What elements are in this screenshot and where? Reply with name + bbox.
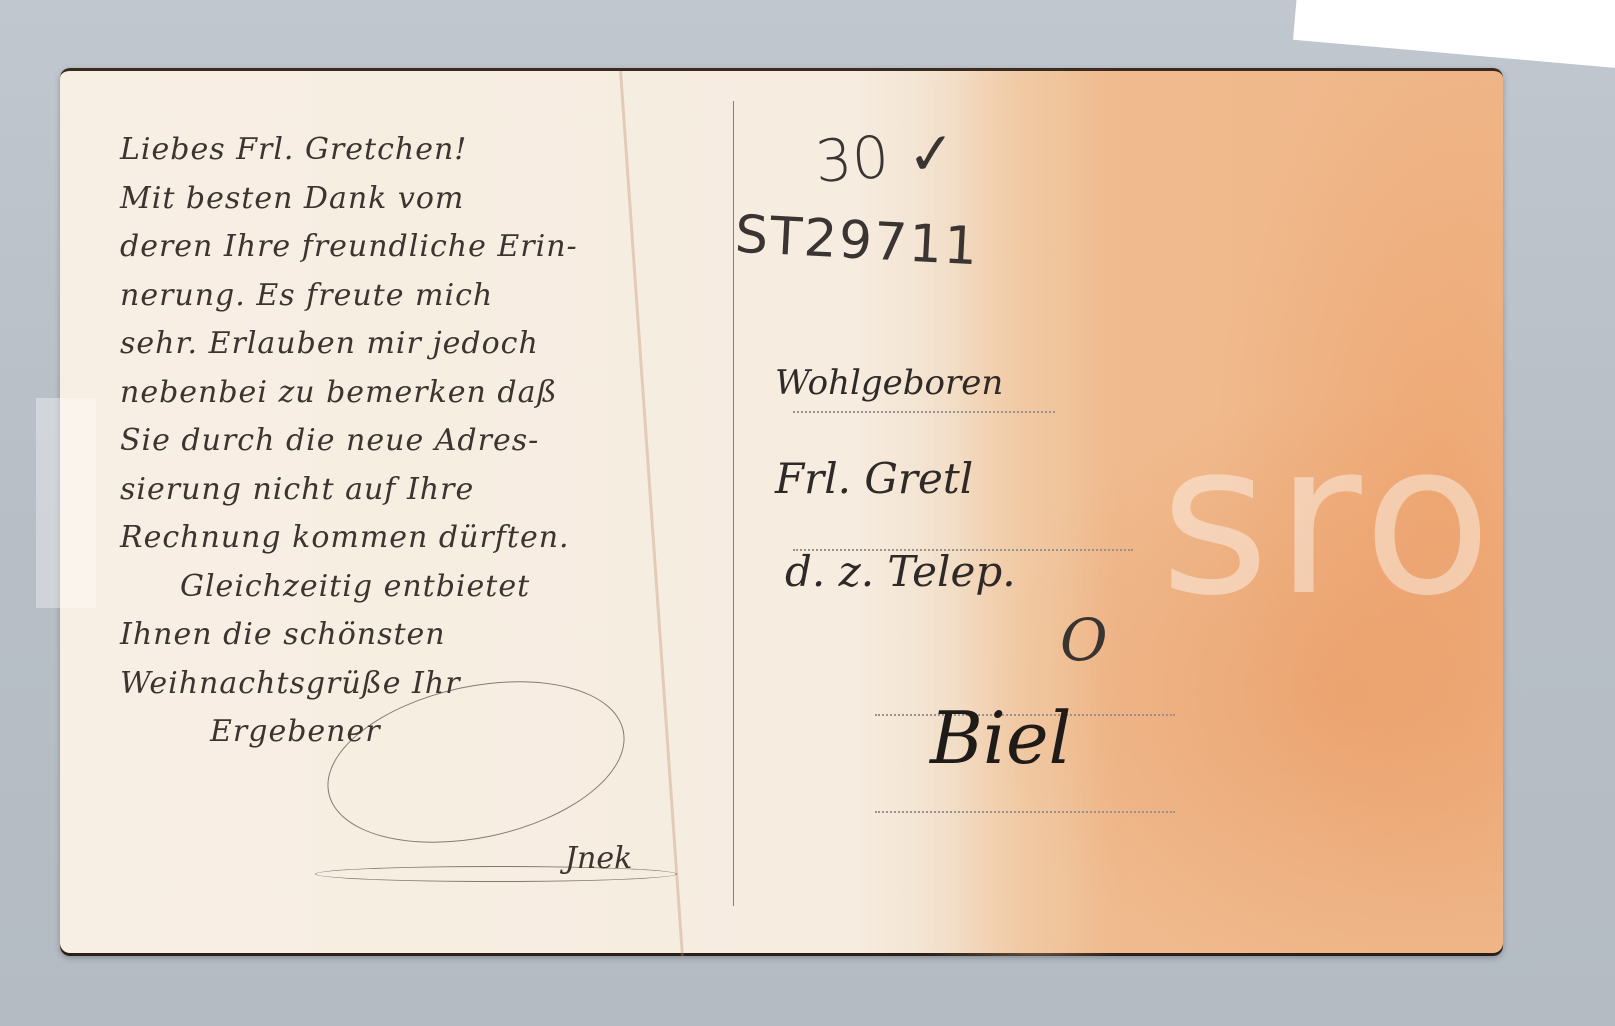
watermark-fragment-left xyxy=(36,398,96,608)
address-name: Frl. Gretl xyxy=(775,454,973,503)
message-line: Ihnen die schönsten xyxy=(120,611,740,660)
message-line: deren Ihre freundliche Erin- xyxy=(120,223,740,272)
address-care-of: d. z. Telep. xyxy=(785,547,1016,596)
message-line: nebenbei zu bemerken daß xyxy=(120,369,740,418)
address-dotted-line xyxy=(793,411,1055,413)
address-dotted-line xyxy=(875,811,1175,813)
message-line: Liebes Frl. Gretchen! xyxy=(120,126,740,175)
pencil-inventory-code: ST29711 xyxy=(734,205,981,278)
message-line: Rechnung kommen dürften. xyxy=(120,514,740,563)
watermark-text: sro xyxy=(1160,415,1498,625)
message-line: sierung nicht auf Ihre xyxy=(120,466,740,515)
message-line: Sie durch die neue Adres- xyxy=(120,417,740,466)
water-stain-edge xyxy=(920,71,1120,956)
message-line: sehr. Erlauben mir jedoch xyxy=(120,320,740,369)
address-street: O xyxy=(1060,606,1108,674)
signature: Jnek xyxy=(565,841,632,876)
address-salutation: Wohlgeboren xyxy=(775,363,1003,403)
message-line: nerung. Es freute mich xyxy=(120,272,740,321)
message-line: Gleichzeitig entbietet xyxy=(120,563,740,612)
message-line: Mit besten Dank vom xyxy=(120,175,740,224)
address-city: Biel xyxy=(930,696,1072,780)
pencil-price-mark: 30 ✓ xyxy=(813,118,958,196)
handwritten-message: Liebes Frl. Gretchen! Mit besten Dank vo… xyxy=(120,126,740,757)
